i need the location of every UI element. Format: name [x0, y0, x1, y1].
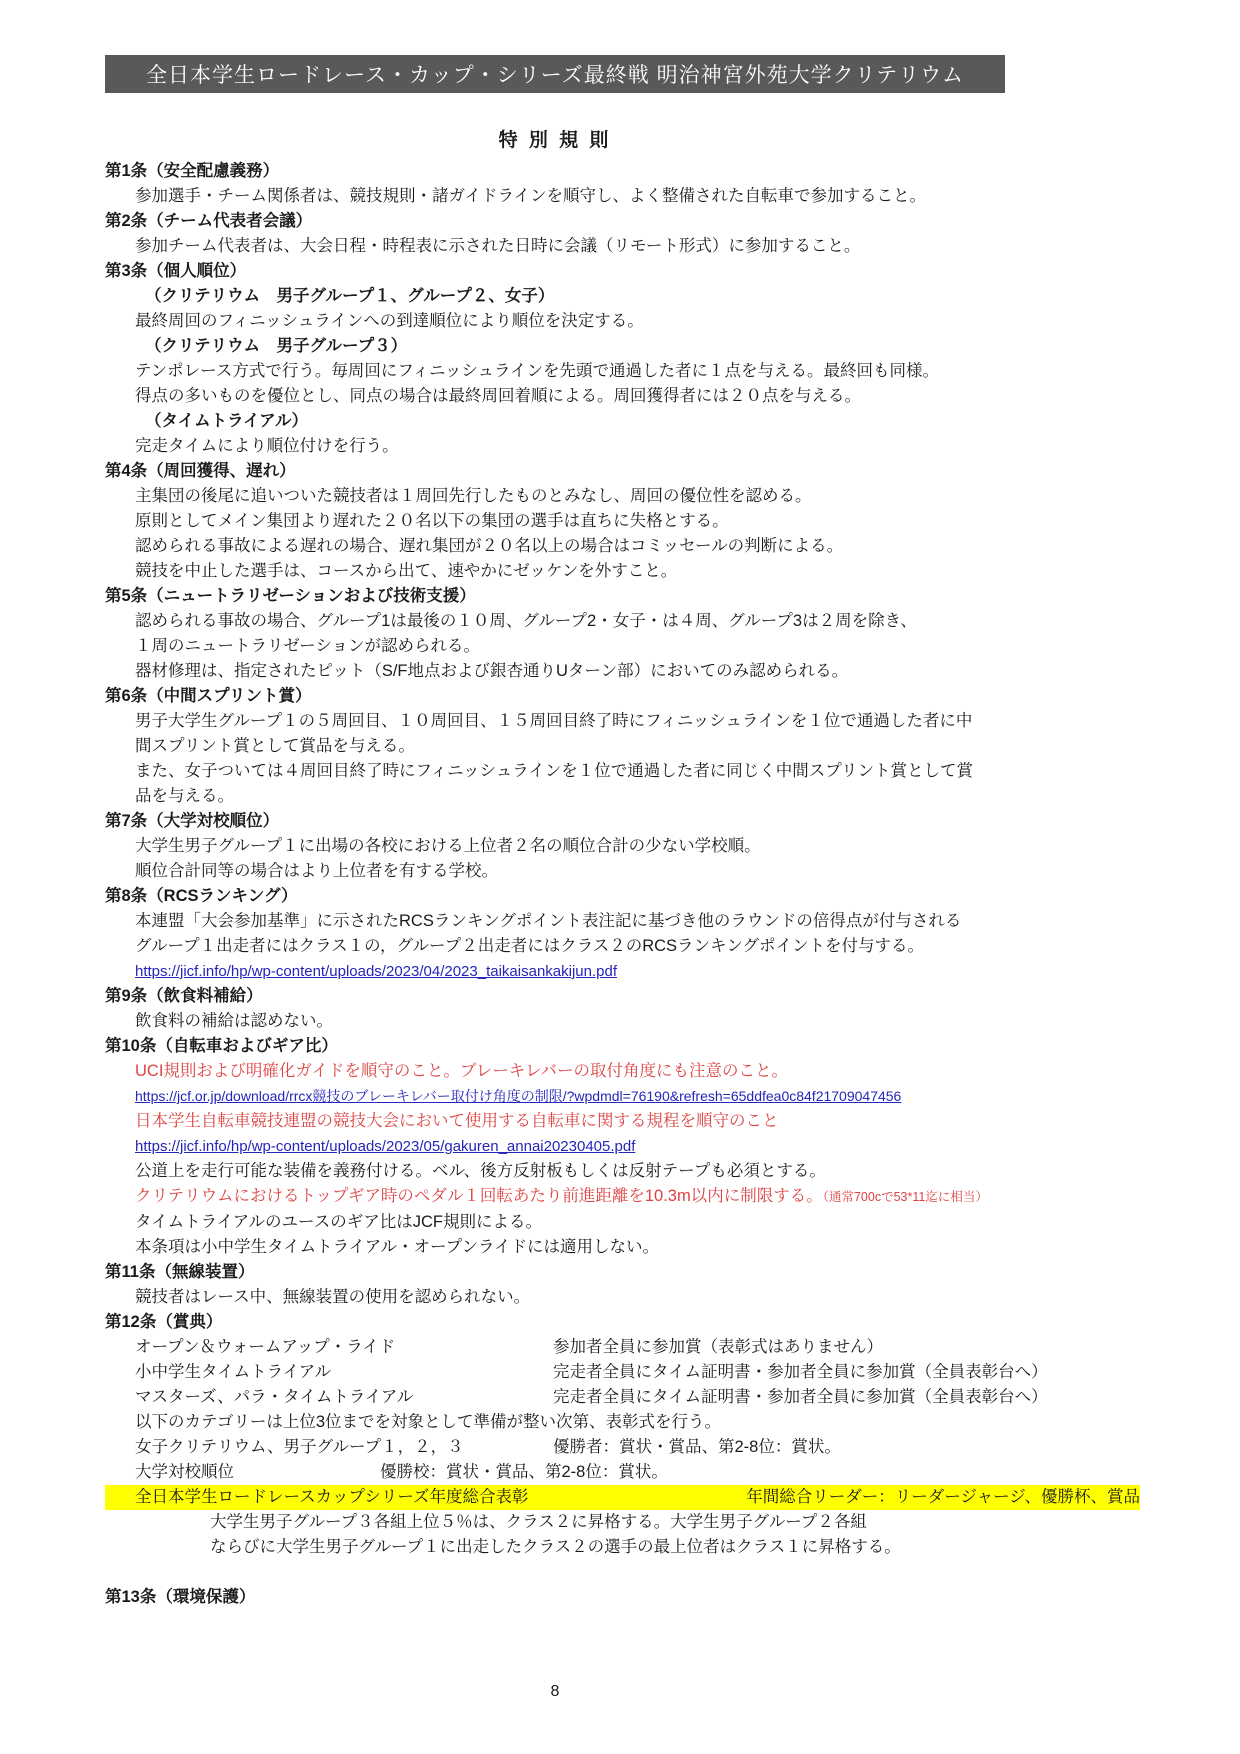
- rule-text: タイムトライアルのユースのギア比はJCF規則による。: [105, 1210, 1140, 1235]
- rule-text: 以下のカテゴリーは上位3位までを対象として準備が整い次第、表彰式を行う。: [105, 1410, 1140, 1435]
- rule-text: 競技を中止した選手は、コースから出て、速やかにゼッケンを外すこと。: [105, 559, 1140, 584]
- prize-row: 小中学生タイムトライアル完走者全員にタイム証明書・参加者全員に参加賞（全員表彰台…: [105, 1360, 1140, 1385]
- document-page: 全日本学生ロードレース・カップ・シリーズ最終戦 明治神宮外苑大学クリテリウム 特…: [0, 0, 1240, 1754]
- article-10-heading: 第10条（自転車およびギア比）: [105, 1034, 1140, 1059]
- page-title: 特 別 規 則: [105, 127, 1005, 155]
- prize-detail: 優勝者：賞状・賞品、第2-8位：賞状。: [553, 1435, 841, 1460]
- rule-text: 原則としてメイン集団より遅れた２０名以下の集団の選手は直ちに失格とする。: [105, 509, 1140, 534]
- article-7-heading: 第7条（大学対校順位）: [105, 809, 1140, 834]
- sub-heading: （クリテリウム 男子グループ３）: [105, 334, 1140, 359]
- hyperlink[interactable]: https://jicf.info/hp/wp-content/uploads/…: [135, 963, 617, 980]
- rule-text: 主集団の後尾に追いついた競技者は１周回先行したものとみなし、周回の優位性を認める…: [105, 484, 1140, 509]
- rule-text: １周のニュートラリゼーションが認められる。: [105, 634, 1140, 659]
- hyperlink[interactable]: https://jcf.or.jp/download/rrcx競技のブレーキレバ…: [135, 1088, 901, 1104]
- highlight-row: 全日本学生ロードレースカップシリーズ年度総合表彰年間総合リーダー：リーダージャー…: [105, 1485, 1140, 1510]
- prize-detail: 優勝校：賞状・賞品、第2-8位：賞状。: [380, 1460, 668, 1485]
- prize-detail: 完走者全員にタイム証明書・参加者全員に参加賞（全員表彰台へ）: [553, 1385, 1048, 1410]
- series-award-title: 全日本学生ロードレースカップシリーズ年度総合表彰: [135, 1485, 529, 1510]
- prize-category: 大学対校順位: [135, 1460, 380, 1485]
- rule-text: 参加チーム代表者は、大会日程・時程表に示された日時に会議（リモート形式）に参加す…: [105, 234, 1140, 259]
- rule-text: 大学生男子グループ３各組上位５％は、クラス２に昇格する。大学生男子グループ２各組: [105, 1510, 1140, 1535]
- rule-text: 器材修理は、指定されたピット（S/F地点および銀杏通りUターン部）においてのみ認…: [105, 659, 1140, 684]
- spacer: [105, 1560, 1140, 1585]
- rule-text: 認められる事故の場合、グループ1は最後の１０周、グループ2・女子・は４周、グルー…: [105, 609, 1140, 634]
- prize-row: オープン＆ウォームアップ・ライド参加者全員に参加賞（表彰式はありません）: [105, 1335, 1140, 1360]
- rule-text: 最終周回のフィニッシュラインへの到達順位により順位を決定する。: [105, 309, 1140, 334]
- prize-row: 大学対校順位優勝校：賞状・賞品、第2-8位：賞状。: [105, 1460, 1140, 1485]
- article-3-heading: 第3条（個人順位）: [105, 259, 1140, 284]
- rule-text: 完走タイムにより順位付けを行う。: [105, 434, 1140, 459]
- rule-text: テンポレース方式で行う。毎周回にフィニッシュラインを先頭で通過した者に１点を与え…: [105, 359, 1140, 384]
- rule-text: 品を与える。: [105, 784, 1140, 809]
- rules-content: 特 別 規 則 第1条（安全配慮義務） 参加選手・チーム関係者は、競技規則・諸ガ…: [105, 127, 1140, 1610]
- article-4-heading: 第4条（周回獲得、遅れ）: [105, 459, 1140, 484]
- gear-limit-text: クリテリウムにおけるトップギア時のペダル１回転あたり前進距離を10.3m以内に制…: [135, 1187, 823, 1205]
- prize-category: マスターズ、パラ・タイムトライアル: [135, 1385, 553, 1410]
- rule-text: 認められる事故による遅れの場合、遅れ集団が２０名以上の場合はコミッセールの判断に…: [105, 534, 1140, 559]
- article-5-heading: 第5条（ニュートラリゼーションおよび技術支援）: [105, 584, 1140, 609]
- prize-category: 女子クリテリウム、男子グループ１，２，３: [135, 1435, 553, 1460]
- rule-text: 間スプリント賞として賞品を与える。: [105, 734, 1140, 759]
- rule-text: 飲食料の補給は認めない。: [105, 1009, 1140, 1034]
- rule-text: 競技者はレース中、無線装置の使用を認められない。: [105, 1285, 1140, 1310]
- series-award-detail: 年間総合リーダー：リーダージャージ、優勝杯、賞品: [746, 1485, 1140, 1510]
- rule-text: 本連盟「大会参加基準」に示されたRCSランキングポイント表注記に基づき他のラウン…: [105, 909, 1140, 934]
- rule-text: 本条項は小中学生タイムトライアル・オープンライドには適用しない。: [105, 1235, 1140, 1260]
- rule-text: また、女子ついては４周回目終了時にフィニッシュラインを１位で通過した者に同じく中…: [105, 759, 1140, 784]
- rule-text-red: UCI規則および明確化ガイドを順守のこと。ブレーキレバーの取付角度にも注意のこと…: [105, 1059, 1140, 1084]
- prize-category: 小中学生タイムトライアル: [135, 1360, 553, 1385]
- prize-category: オープン＆ウォームアップ・ライド: [135, 1335, 553, 1360]
- article-13-heading: 第13条（環境保護）: [105, 1585, 1140, 1610]
- event-title-banner: 全日本学生ロードレース・カップ・シリーズ最終戦 明治神宮外苑大学クリテリウム: [105, 55, 1005, 93]
- rule-text: 得点の多いものを優位とし、同点の場合は最終周回着順による。周回獲得者には２０点を…: [105, 384, 1140, 409]
- article-6-heading: 第6条（中間スプリント賞）: [105, 684, 1140, 709]
- rule-text-red: 日本学生自転車競技連盟の競技大会において使用する自転車に関する規程を順守のこと: [105, 1109, 1140, 1134]
- rule-text: 順位合計同等の場合はより上位者を有する学校。: [105, 859, 1140, 884]
- sub-heading: （タイムトライアル）: [105, 409, 1140, 434]
- prize-row: 女子クリテリウム、男子グループ１，２，３優勝者：賞状・賞品、第2-8位：賞状。: [105, 1435, 1140, 1460]
- rule-text-red: クリテリウムにおけるトップギア時のペダル１回転あたり前進距離を10.3m以内に制…: [105, 1184, 1140, 1210]
- prize-detail: 完走者全員にタイム証明書・参加者全員に参加賞（全員表彰台へ）: [553, 1360, 1048, 1385]
- article-11-heading: 第11条（無線装置）: [105, 1260, 1140, 1285]
- rule-text: ならびに大学生男子グループ１に出走したクラス２の選手の最上位者はクラス１に昇格す…: [105, 1535, 1140, 1560]
- article-9-heading: 第9条（飲食料補給）: [105, 984, 1140, 1009]
- hyperlink[interactable]: https://jicf.info/hp/wp-content/uploads/…: [135, 1138, 635, 1155]
- article-8-heading: 第8条（RCSランキング）: [105, 884, 1140, 909]
- article-12-heading: 第12条（賞典）: [105, 1310, 1140, 1335]
- rule-text: 大学生男子グループ１に出場の各校における上位者２名の順位合計の少ない学校順。: [105, 834, 1140, 859]
- gear-limit-note: （通常700cで53*11迄に相当）: [823, 1190, 988, 1204]
- rule-text: 男子大学生グループ１の５周回目、１０周回目、１５周回目終了時にフィニッシュライン…: [105, 709, 1140, 734]
- article-2-heading: 第2条（チーム代表者会議）: [105, 209, 1140, 234]
- article-1-heading: 第1条（安全配慮義務）: [105, 159, 1140, 184]
- page-number: 8: [105, 1683, 1005, 1701]
- prize-detail: 参加者全員に参加賞（表彰式はありません）: [553, 1335, 883, 1360]
- rule-text: 公道上を走行可能な装備を義務付ける。ベル、後方反射板もしくは反射テープも必須とす…: [105, 1159, 1140, 1184]
- rule-text: グループ１出走者にはクラス１の，グループ２出走者にはクラス２のRCSランキングポ…: [105, 934, 1140, 959]
- sub-heading: （クリテリウム 男子グループ１、グループ２、女子）: [105, 284, 1140, 309]
- prize-row: マスターズ、パラ・タイムトライアル完走者全員にタイム証明書・参加者全員に参加賞（…: [105, 1385, 1140, 1410]
- rule-text: 参加選手・チーム関係者は、競技規則・諸ガイドラインを順守し、よく整備された自転車…: [105, 184, 1140, 209]
